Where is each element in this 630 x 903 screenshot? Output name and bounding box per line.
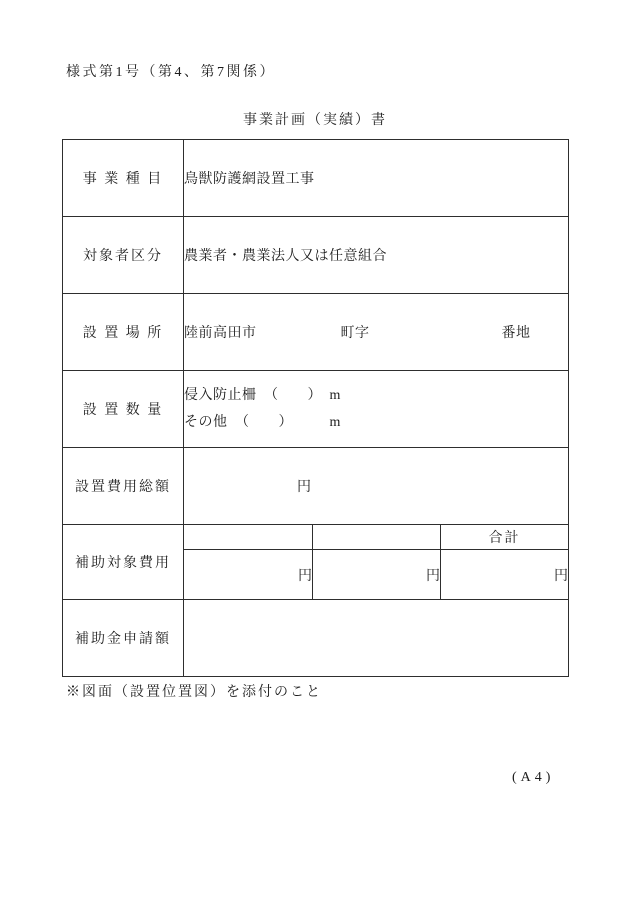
yen-unit-subsidy-1: 円 (184, 550, 313, 600)
value-total-installation-cost: 円 (184, 448, 569, 525)
document-title: 事業計画（実績）書 (62, 109, 568, 129)
place-lot-label: 番地 (502, 322, 531, 342)
label-subsidy-application-amount: 補助金申請額 (63, 600, 184, 677)
form-number-note: 様式第1号（第4、第7関係） (66, 61, 276, 81)
subsidy-subcolumn-2-header (313, 525, 441, 550)
value-installation-place: 陸前高田市 町字 番地 (184, 294, 569, 371)
attachment-footnote: ※図面（設置位置図）を添付のこと (66, 681, 322, 701)
value-applicant-category: 農業者・農業法人又は任意組合 (184, 217, 569, 294)
paper-size-note: (A4) (512, 770, 554, 786)
table-row-installation-quantity: 設 置 数 量 侵入防止柵 （ ） m その他 （ ） m (63, 371, 569, 448)
subsidy-subcolumn-1-header (184, 525, 313, 550)
label-subsidy-target-cost: 補助対象費用 (63, 525, 184, 600)
label-installation-quantity: 設 置 数 量 (63, 371, 184, 448)
business-plan-table: 事 業 種 目 鳥獣防護網設置工事 対象者区分 農業者・農業法人又は任意組合 設… (62, 139, 569, 677)
yen-unit-subsidy-2: 円 (313, 550, 441, 600)
yen-unit-total-cost: 円 (297, 480, 312, 495)
quantity-line-fence: 侵入防止柵 （ ） m (184, 382, 568, 409)
value-project-type: 鳥獣防護網設置工事 (184, 140, 569, 217)
label-applicant-category: 対象者区分 (63, 217, 184, 294)
value-subsidy-application-amount (184, 600, 569, 677)
label-project-type: 事 業 種 目 (63, 140, 184, 217)
table-row-project-type: 事 業 種 目 鳥獣防護網設置工事 (63, 140, 569, 217)
table-row-subsidy-target-cost-header: 補助対象費用 合計 (63, 525, 569, 550)
subsidy-total-header: 合計 (441, 525, 569, 550)
quantity-line-other: その他 （ ） m (184, 409, 568, 436)
table-row-total-installation-cost: 設置費用総額 円 (63, 448, 569, 525)
label-total-installation-cost: 設置費用総額 (63, 448, 184, 525)
table-row-installation-place: 設 置 場 所 陸前高田市 町字 番地 (63, 294, 569, 371)
table-row-applicant-category: 対象者区分 農業者・農業法人又は任意組合 (63, 217, 569, 294)
form-page: 様式第1号（第4、第7関係） 事業計画（実績）書 事 業 種 目 鳥獣防護網設置… (0, 0, 630, 903)
table-row-subsidy-application-amount: 補助金申請額 (63, 600, 569, 677)
place-town-label: 町字 (341, 322, 370, 342)
place-city: 陸前高田市 (184, 322, 257, 342)
label-installation-place: 設 置 場 所 (63, 294, 184, 371)
yen-unit-subsidy-total: 円 (441, 550, 569, 600)
value-installation-quantity: 侵入防止柵 （ ） m その他 （ ） m (184, 371, 569, 448)
